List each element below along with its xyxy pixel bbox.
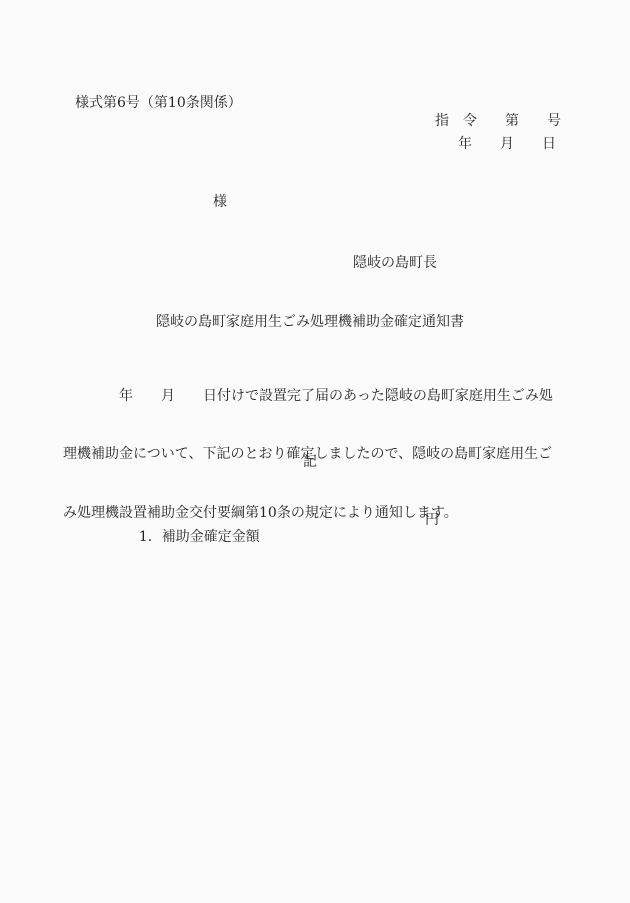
document-page: 様式第6号（第10条関係） 指 令 第 号 年 月 日 様 隠岐の島町長 隠岐の…	[0, 0, 630, 903]
directive-number-line: 指 令 第 号	[435, 113, 561, 130]
form-number: 様式第6号（第10条関係）	[75, 95, 242, 112]
addressee-honorific: 様	[213, 194, 227, 211]
document-title: 隠岐の島町家庭用生ごみ処理機補助金確定通知書	[63, 314, 557, 331]
sender-title: 隠岐の島町長	[353, 255, 437, 272]
item-1-unit-yen: 円	[425, 512, 439, 529]
issue-date-line: 年 月 日	[458, 136, 556, 153]
item-1-label: 補助金確定金額	[162, 529, 260, 545]
item-1-row: 1．補助金確定金額	[121, 512, 260, 562]
record-marker: 記	[63, 454, 557, 471]
item-1-number: 1．	[139, 529, 162, 545]
body-line-1: 年 月 日付けで設置完了届のあった隠岐の島町家庭用生ごみ処	[63, 384, 569, 409]
